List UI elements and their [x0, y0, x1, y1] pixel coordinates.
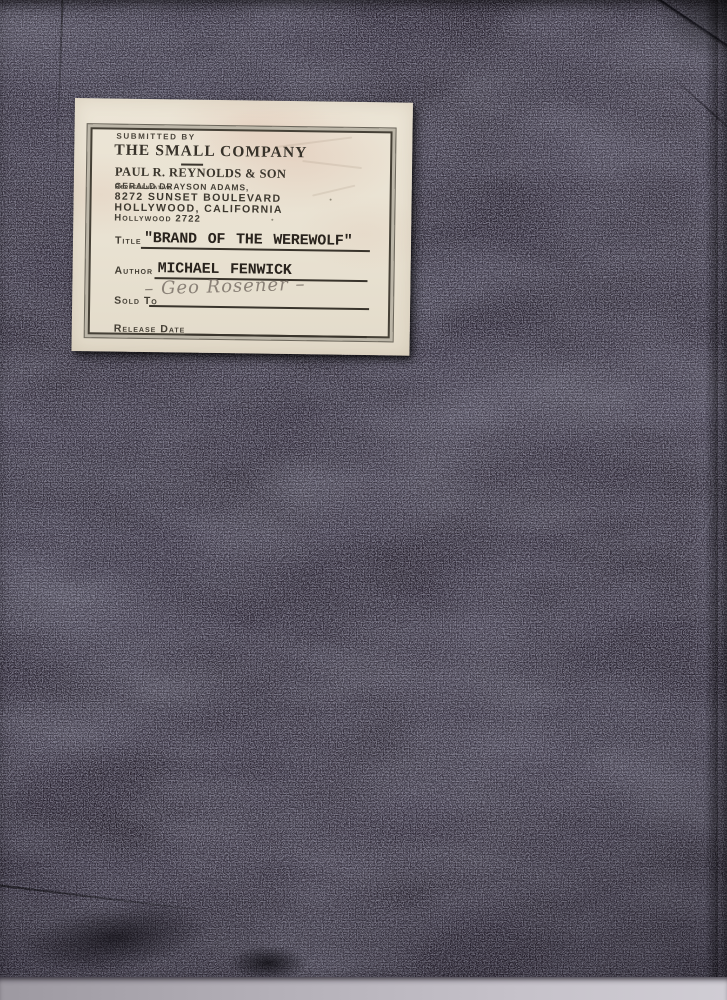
release-date-field-label: Release Date — [114, 323, 186, 336]
phone-line: Hollywood 2722 — [114, 213, 201, 225]
agency-name: PAUL R. REYNOLDS & SON — [115, 165, 287, 182]
ink-speck — [330, 199, 332, 201]
scan-edge-strip — [0, 977, 727, 1000]
company-name: THE SMALL COMPANY — [114, 142, 307, 163]
ink-speck — [271, 219, 273, 221]
scanned-cover-photo: SUBMITTED BY THE SMALL COMPANY PAUL R. R… — [0, 0, 727, 1000]
submission-label: SUBMITTED BY THE SMALL COMPANY PAUL R. R… — [71, 98, 412, 356]
author-field-label: Author — [115, 265, 154, 278]
title-field-label: Title — [115, 235, 142, 247]
submitted-by-label: SUBMITTED BY — [116, 132, 195, 142]
